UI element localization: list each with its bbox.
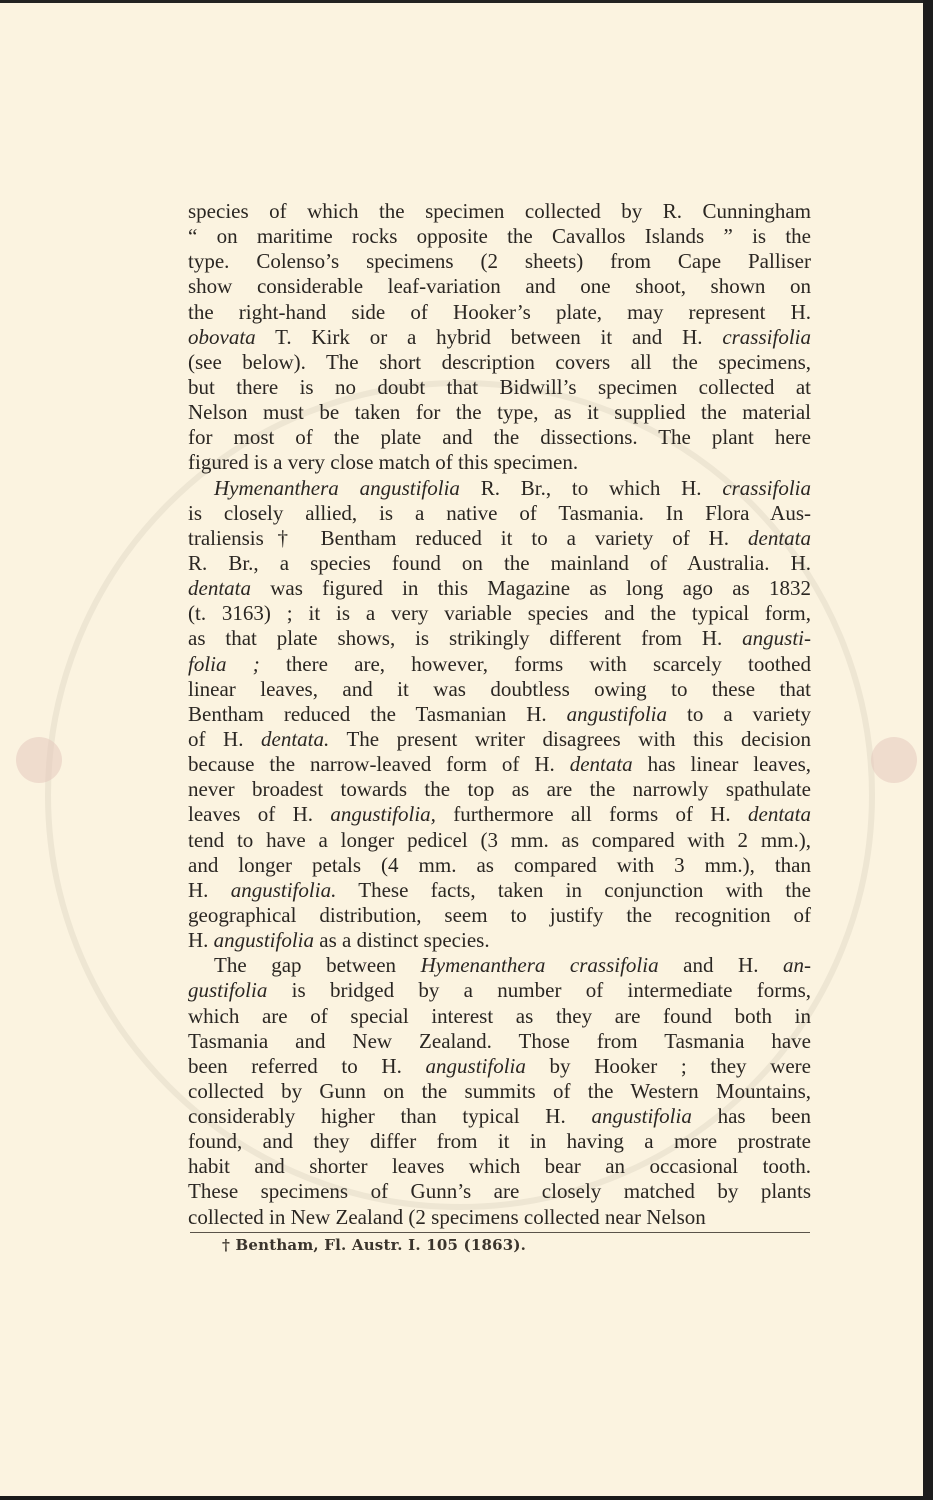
text-line: of H. dentata. The present writer disagr… xyxy=(188,727,811,752)
text-line: (see below). The short description cover… xyxy=(188,350,811,375)
text-line: R. Br., a species found on the mainland … xyxy=(188,551,811,576)
text-line: and longer petals (4 mm. as compared wit… xyxy=(188,853,811,878)
text-line: folia ; there are, however, forms with s… xyxy=(188,652,811,677)
text-line: Bentham reduced the Tasmanian H. angusti… xyxy=(188,702,811,727)
text-line: considerably higher than typical H. angu… xyxy=(188,1104,811,1129)
text-line: which are of special interest as they ar… xyxy=(188,1004,811,1029)
text-line: Tasmania and New Zealand. Those from Tas… xyxy=(188,1029,811,1054)
footnote-rule xyxy=(190,1232,810,1233)
text-line: been referred to H. angustifolia by Hook… xyxy=(188,1054,811,1079)
watermark-dot-icon xyxy=(16,737,62,783)
text-line: H. angustifolia. These facts, taken in c… xyxy=(188,878,811,903)
text-line: gustifolia is bridged by a number of int… xyxy=(188,978,811,1003)
text-line: tend to have a longer pedicel (3 mm. as … xyxy=(188,828,811,853)
text-line: because the narrow-leaved form of H. den… xyxy=(188,752,811,777)
text-line: as that plate shows, is strikingly diffe… xyxy=(188,626,811,651)
text-line: linear leaves, and it was doubtless owin… xyxy=(188,677,811,702)
watermark-dot-icon xyxy=(871,737,917,783)
text-line: The gap between Hymenanthera crassifolia… xyxy=(188,953,811,978)
text-line: collected by Gunn on the summits of the … xyxy=(188,1079,811,1104)
scan-right-border xyxy=(923,0,933,1500)
text-line: leaves of H. angustifolia, furthermore a… xyxy=(188,802,811,827)
text-line: collected in New Zealand (2 specimens co… xyxy=(188,1205,811,1230)
text-line: Nelson must be taken for the type, as it… xyxy=(188,400,811,425)
text-line: geographical distribution, seem to justi… xyxy=(188,903,811,928)
text-line: These specimens of Gunn’s are closely ma… xyxy=(188,1179,811,1204)
text-line: “ on maritime rocks opposite the Cavallo… xyxy=(188,224,811,249)
text-line: species of which the specimen collected … xyxy=(188,199,811,224)
body-text: species of which the specimen collected … xyxy=(188,199,811,1230)
text-line: found, and they differ from it in having… xyxy=(188,1129,811,1154)
text-line: Hymenanthera angustifolia R. Br., to whi… xyxy=(188,476,811,501)
text-line: never broadest towards the top as are th… xyxy=(188,777,811,802)
text-line: figured is a very close match of this sp… xyxy=(188,450,811,475)
text-line: the right-hand side of Hooker’s plate, m… xyxy=(188,300,811,325)
text-line: dentata was figured in this Magazine as … xyxy=(188,576,811,601)
line-container: species of which the specimen collected … xyxy=(188,199,811,1230)
text-line: obovata T. Kirk or a hybrid between it a… xyxy=(188,325,811,350)
text-line: for most of the plate and the dissection… xyxy=(188,425,811,450)
text-line: H. angustifolia as a distinct species. xyxy=(188,928,811,953)
text-line: (t. 3163) ; it is a very variable specie… xyxy=(188,601,811,626)
text-line: type. Colenso’s specimens (2 sheets) fro… xyxy=(188,249,811,274)
footnote: † Bentham, Fl. Austr. I. 105 (1863). xyxy=(222,1236,526,1254)
text-line: but there is no doubt that Bidwill’s spe… xyxy=(188,375,811,400)
text-line: is closely allied, is a native of Tasman… xyxy=(188,501,811,526)
text-line: traliensis† Bentham reduced it to a vari… xyxy=(188,526,811,551)
text-line: habit and shorter leaves which bear an o… xyxy=(188,1154,811,1179)
text-line: show considerable leaf-variation and one… xyxy=(188,274,811,299)
